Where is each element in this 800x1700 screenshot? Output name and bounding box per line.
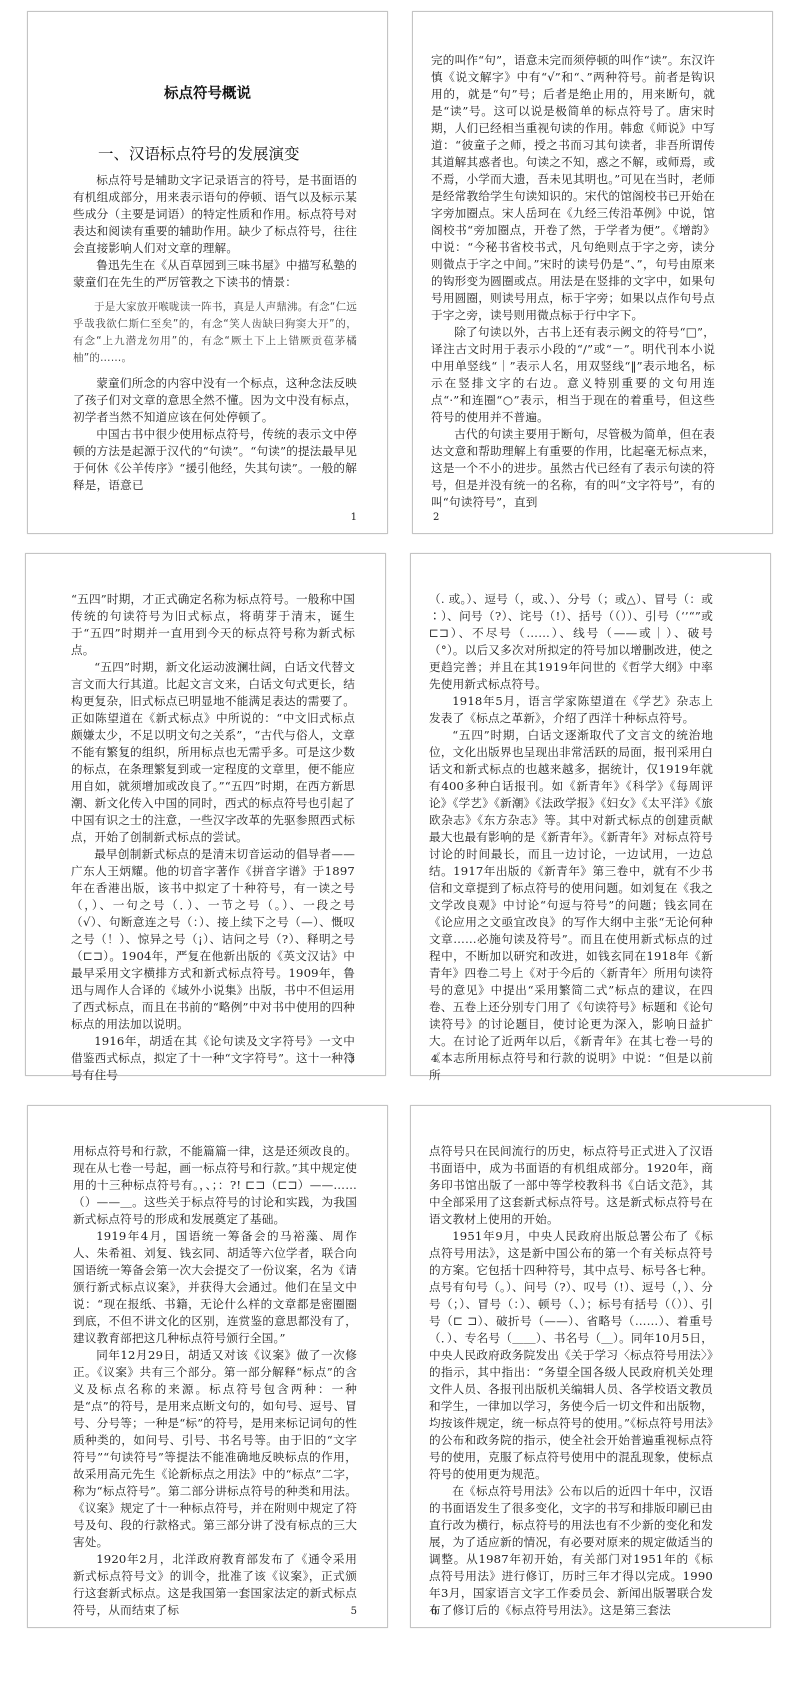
page-number: 3 (349, 1054, 355, 1065)
paragraph: 鲁迅先生在《从百草园到三味书屋》中描写私塾的蒙童们在先生的严厉管教之下读书的情景… (73, 257, 357, 291)
paragraph: 用标点符号和行款，不能篇篇一律，这是还须改良的。现在从七卷一号起，画一标点符号和… (73, 1143, 357, 1228)
paragraph: 最早创制新式标点的是清末切音运动的倡导者——广东人王炳耀。他的切音字著作《拼音字… (71, 846, 355, 1033)
paragraph: “五四”时期，白话文逐渐取代了文言文的统治地位，文化出版界也呈现出非常活跃的局面… (429, 727, 713, 1084)
paragraph: 在《标点符号用法》公布以后的近四十年中，汉语的书面语发生了很多变化，文字的书写和… (429, 1483, 713, 1619)
page-5: 用标点符号和行款，不能篇篇一律，这是还须改良的。现在从七卷一号起，画一标点符号和… (27, 1105, 388, 1628)
paragraph: “五四”时期，新文化运动波澜壮阔，白话文代替文言文而大行其道。比起文言文来，白话… (71, 659, 355, 846)
block-quote: 于是大家放开喉咙读一阵书，真是人声鼎沸。有念“仁远乎哉我欲仁斯仁至矣”的，有念“… (73, 299, 357, 367)
paragraph: 除了句读以外，古书上还有表示阙文的符号“□”，译注古文时用于表示小段的“/”或“… (431, 324, 715, 426)
page-2: 完的叫作“句”，语意未完而须停顿的叫作“读”。东汉许慎《说文解字》中有“√”和“… (412, 11, 773, 534)
paragraph: 中国古书中很少使用标点符号，传统的表示文中停顿的方法是起源于汉代的“句读”。“句… (73, 426, 357, 494)
page-number: 2 (433, 512, 439, 523)
paragraph: 1918年5月，语言学家陈望道在《学艺》杂志上发表了《标点之革新》，介绍了西洋十… (429, 693, 713, 727)
page-1: 标点符号概说 一、汉语标点符号的发展演变 标点符号是辅助文字记录语言的符号，是书… (27, 11, 388, 534)
page-number: 6 (431, 1606, 437, 1617)
paragraph: 标点符号是辅助文字记录语言的符号，是书面语的有机组成部分，用来表示语句的停顿、语… (73, 172, 357, 257)
page-body: “五四”时期，才正式确定名称为标点符号。一般称中国传统的句读符号为旧式标点，将萌… (71, 591, 355, 1084)
paragraph: 点符号只在民间流行的历史，标点符号正式进入了汉语书面语中，成为书面语的有机组成部… (429, 1143, 713, 1228)
page-body: 完的叫作“句”，语意未完而须停顿的叫作“读”。东汉许慎《说文解字》中有“√”和“… (431, 52, 715, 511)
paragraph: 1919年4月，国语统一筹备会的马裕藻、周作人、朱希祖、刘复、钱玄同、胡适等六位… (73, 1228, 357, 1347)
page-3: “五四”时期，才正式确定名称为标点符号。一般称中国传统的句读符号为旧式标点，将萌… (25, 553, 386, 1076)
page-4: （. 或。）、逗号（，或、）、分号（；或△）、冒号（：或∶）、问号（?）、诧号（… (410, 553, 771, 1076)
page-number: 1 (351, 512, 357, 523)
paragraph: 蒙童们所念的内容中没有一个标点，这种念法反映了孩子们对文章的意思全然不懂。因为文… (73, 375, 357, 426)
paragraph: 古代的句读主要用于断句，尽管极为简单，但在表达文意和帮助理解上有重要的作用，比起… (431, 426, 715, 511)
page-body: 用标点符号和行款，不能篇篇一律，这是还须改良的。现在从七卷一号起，画一标点符号和… (73, 1143, 357, 1619)
page-number: 4 (431, 1054, 437, 1065)
page-6: 点符号只在民间流行的历史，标点符号正式进入了汉语书面语中，成为书面语的有机组成部… (410, 1105, 771, 1628)
page-body: 标点符号是辅助文字记录语言的符号，是书面语的有机组成部分，用来表示语句的停顿、语… (73, 172, 357, 494)
page-number: 5 (351, 1606, 357, 1617)
paragraph: “五四”时期，才正式确定名称为标点符号。一般称中国传统的句读符号为旧式标点，将萌… (71, 591, 355, 659)
paragraph: 1916年，胡适在其《论句读及文字符号》一文中借鉴西式标点，拟定了十一种“文字符… (71, 1033, 355, 1084)
page-body: 点符号只在民间流行的历史，标点符号正式进入了汉语书面语中，成为书面语的有机组成部… (429, 1143, 713, 1619)
document-title: 标点符号概说 (28, 82, 387, 103)
paragraph: 完的叫作“句”，语意未完而须停顿的叫作“读”。东汉许慎《说文解字》中有“√”和“… (431, 52, 715, 324)
paragraph: 1920年2月，北洋政府教育部发布了《通令采用新式标点符号文》的训令，批准了该《… (73, 1551, 357, 1619)
paragraph: （. 或。）、逗号（，或、）、分号（；或△）、冒号（：或∶）、问号（?）、诧号（… (429, 591, 713, 693)
page-body: （. 或。）、逗号（，或、）、分号（；或△）、冒号（：或∶）、问号（?）、诧号（… (429, 591, 713, 1084)
paragraph: 1951年9月，中央人民政府出版总署公布了《标点符号用法》，这是新中国公布的第一… (429, 1228, 713, 1483)
paragraph: 同年12月29日，胡适又对该《议案》做了一次修正。《议案》共有三个部分。第一部分… (73, 1347, 357, 1551)
section-heading: 一、汉语标点符号的发展演变 (98, 142, 300, 164)
